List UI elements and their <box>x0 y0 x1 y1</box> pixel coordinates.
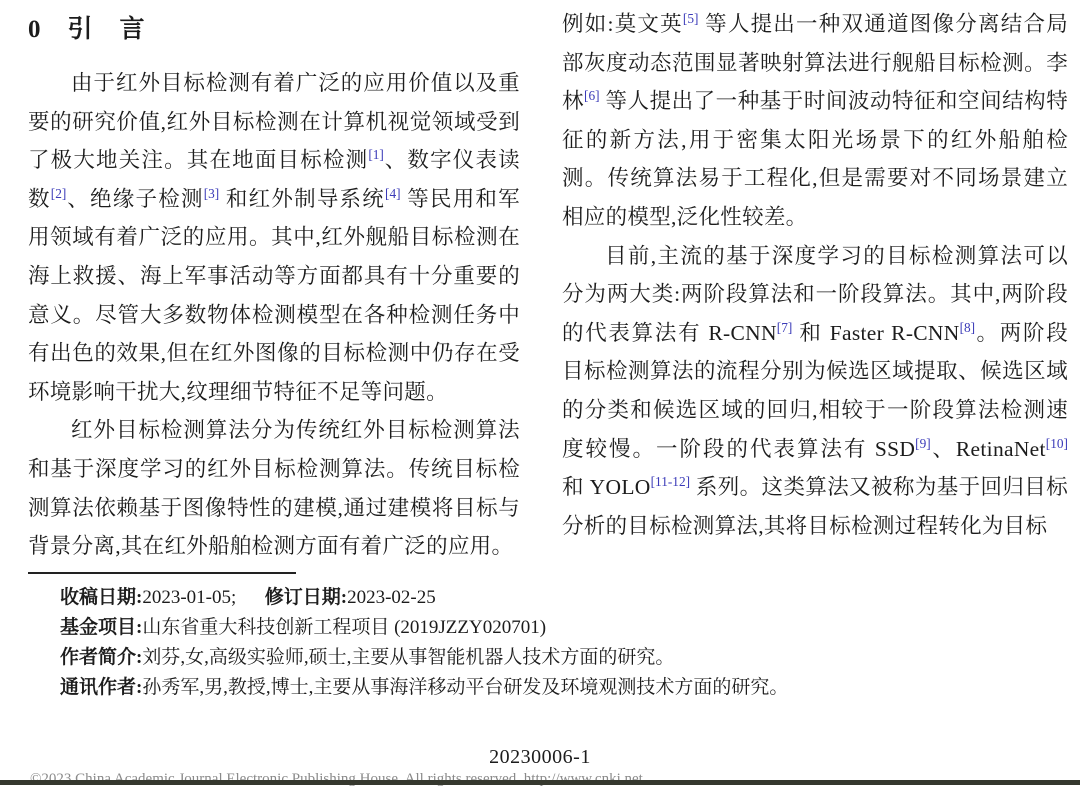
section-heading: 0 引 言 <box>28 12 520 48</box>
citation-ref[interactable]: [10] <box>1046 435 1068 450</box>
citation-ref[interactable]: [5] <box>683 11 699 26</box>
text-run: 、RetinaNet <box>931 437 1046 461</box>
footnote-label: 作者简介: <box>60 647 142 668</box>
footnote-label: 收稿日期: <box>60 587 142 608</box>
citation-ref[interactable]: [2] <box>51 186 67 201</box>
document-page: 0 引 言 由于红外目标检测有着广泛的应用价值以及重要的研究价值,红外目标检测在… <box>0 0 1080 786</box>
left-column-text: 由于红外目标检测有着广泛的应用价值以及重要的研究价值,红外目标检测在计算机视觉领… <box>28 64 520 566</box>
paragraph: 由于红外目标检测有着广泛的应用价值以及重要的研究价值,红外目标检测在计算机视觉领… <box>28 64 520 411</box>
text-run: 例如:莫文英 <box>562 12 683 36</box>
right-column-text: 例如:莫文英[5] 等人提出一种双通道图像分离结合局部灰度动态范围显著映射算法进… <box>562 5 1068 545</box>
text-run: 刘芬,女,高级实验师,硕士,主要从事智能机器人技术方面的研究。 <box>142 647 674 668</box>
citation-ref[interactable]: [8] <box>960 320 976 335</box>
bottom-edge-bar <box>0 780 1080 785</box>
paragraph: 例如:莫文英[5] 等人提出一种双通道图像分离结合局部灰度动态范围显著映射算法进… <box>562 5 1068 237</box>
left-column: 0 引 言 由于红外目标检测有着广泛的应用价值以及重要的研究价值,红外目标检测在… <box>28 12 520 566</box>
footnote-line: 通讯作者:孙秀军,男,教授,博士,主要从事海洋移动平台研发及环境观测技术方面的研… <box>28 673 1040 703</box>
text-run: 2023-02-25 <box>347 587 436 608</box>
footnote-label: 通讯作者: <box>60 677 142 698</box>
text-run: 和 YOLO <box>562 475 651 499</box>
citation-ref[interactable]: [3] <box>204 186 220 201</box>
footnote-label: 修订日期: <box>265 587 347 608</box>
text-run: 孙秀军,男,教授,博士,主要从事海洋移动平台研发及环境观测技术方面的研究。 <box>142 677 788 698</box>
paragraph: 红外目标检测算法分为传统红外目标检测算法和基于深度学习的红外目标检测算法。传统目… <box>28 411 520 565</box>
footnote-divider <box>28 572 296 574</box>
text-run: 和红外制导系统 <box>219 187 385 211</box>
footnote-label: 基金项目: <box>60 617 142 638</box>
citation-ref[interactable]: [4] <box>385 186 401 201</box>
text-run: 和 Faster R-CNN <box>792 321 959 345</box>
text-run: 等民用和军用领域有着广泛的应用。其中,红外舰船目标检测在海上救援、海上军事活动等… <box>28 187 520 404</box>
citation-ref[interactable]: [9] <box>915 435 931 450</box>
footnote-lines: 收稿日期:2023-01-05; 修订日期:2023-02-25基金项目:山东省… <box>28 583 1040 703</box>
page-number: 20230006-1 <box>0 746 1080 769</box>
text-run: 等人提出了一种基于时间波动特征和空间结构特征的新方法,用于密集太阳光场景下的红外… <box>562 89 1068 229</box>
citation-ref[interactable]: [7] <box>777 320 793 335</box>
footnote-line: 基金项目:山东省重大科技创新工程项目 (2019JZZY020701) <box>28 613 1040 643</box>
footnote-block: 收稿日期:2023-01-05; 修订日期:2023-02-25基金项目:山东省… <box>28 572 1040 703</box>
text-run: 、绝缘子检测 <box>66 187 203 211</box>
text-run: 红外目标检测算法分为传统红外目标检测算法和基于深度学习的红外目标检测算法。传统目… <box>28 418 520 558</box>
footnote-line: 收稿日期:2023-01-05; 修订日期:2023-02-25 <box>28 583 1040 613</box>
text-run: 2023-01-05; <box>142 587 264 608</box>
citation-ref[interactable]: [1] <box>368 147 384 162</box>
footnote-line: 作者简介:刘芬,女,高级实验师,硕士,主要从事智能机器人技术方面的研究。 <box>28 643 1040 673</box>
text-run: 山东省重大科技创新工程项目 (2019JZZY020701) <box>142 617 546 638</box>
citation-ref[interactable]: [11-12] <box>651 474 690 489</box>
citation-ref[interactable]: [6] <box>584 88 600 103</box>
paragraph: 目前,主流的基于深度学习的目标检测算法可以分为两大类:两阶段算法和一阶段算法。其… <box>562 237 1068 546</box>
right-column: 例如:莫文英[5] 等人提出一种双通道图像分离结合局部灰度动态范围显著映射算法进… <box>562 5 1068 545</box>
